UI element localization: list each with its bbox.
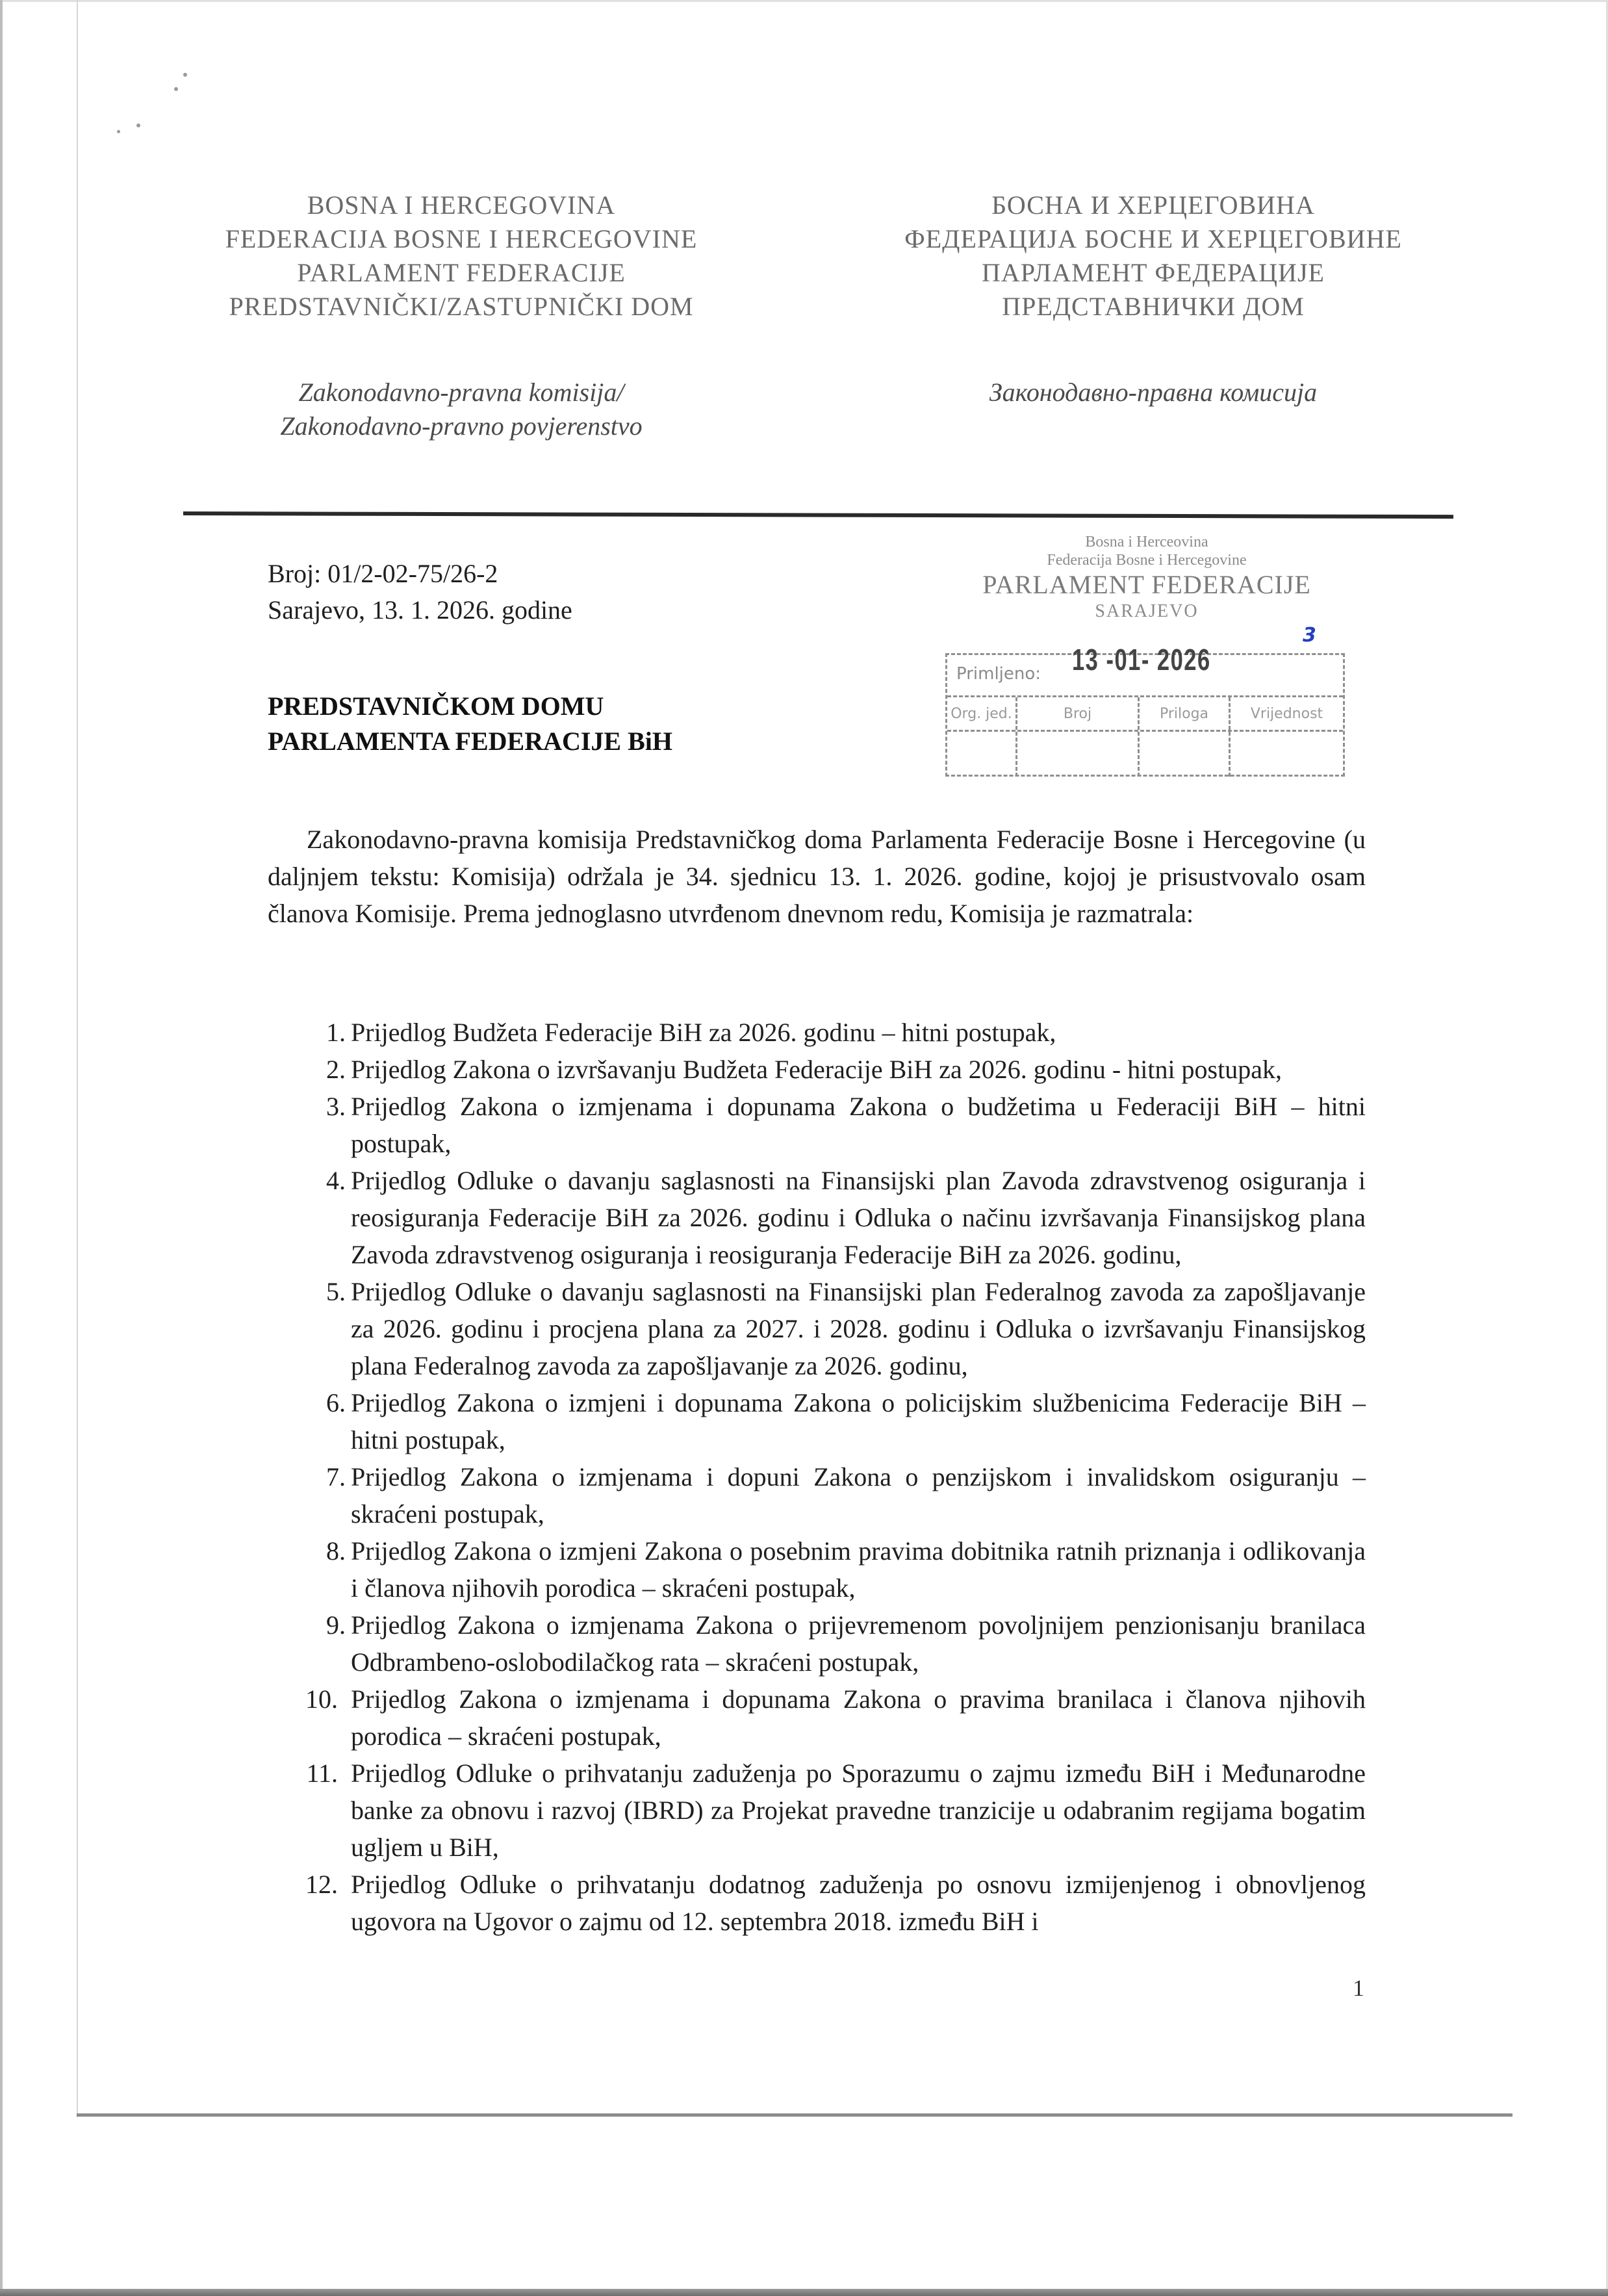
page-border-bottom xyxy=(77,2113,1512,2117)
stamp-title: PARLAMENT FEDERACIJE xyxy=(945,569,1348,600)
header-divider xyxy=(183,511,1453,519)
agenda-item: 2.Prijedlog Zakona o izvršavanju Budžeta… xyxy=(299,1051,1366,1088)
agenda-item: 1.Prijedlog Budžeta Federacije BiH za 20… xyxy=(299,1014,1366,1051)
agenda-item: 7.Prijedlog Zakona o izmjenama i dopuni … xyxy=(299,1458,1366,1532)
agenda-number: 3. xyxy=(299,1088,346,1125)
header-cyrillic-line: ПАРЛАМЕНТ ФЕДЕРАЦИЈЕ xyxy=(864,256,1442,290)
stamp-country: Bosna i Herceovina xyxy=(945,533,1348,551)
agenda-number: 11. xyxy=(291,1755,338,1792)
agenda-item: 12.Prijedlog Odluke o prihvatanju dodatn… xyxy=(299,1866,1366,1940)
stamp-col-value: Vrijednost xyxy=(1231,697,1343,730)
stamp-entity: Federacija Bosne i Hercegovine xyxy=(945,551,1348,569)
agenda-item: 3.Prijedlog Zakona o izmjenama i dopunam… xyxy=(299,1088,1366,1162)
header-cyrillic-line: ФЕДЕРАЦИЈА БОСНЕ И ХЕРЦЕГОВИНЕ xyxy=(864,222,1442,256)
page-border-left xyxy=(77,0,78,2117)
reference-place-date: Sarajevo, 13. 1. 2026. godine xyxy=(268,592,572,628)
agenda-number: 4. xyxy=(299,1162,346,1199)
agenda-text: Prijedlog Zakona o izvršavanju Budžeta F… xyxy=(351,1055,1282,1084)
header-cyrillic-body: Законодавно-правна комисија xyxy=(864,376,1442,409)
stamp-cell-empty xyxy=(947,732,1017,777)
scan-edge-left xyxy=(0,0,3,2296)
speck xyxy=(117,130,120,133)
stamp-cell-empty xyxy=(1140,732,1231,777)
agenda-number: 1. xyxy=(299,1014,346,1051)
agenda-item: 9.Prijedlog Zakona o izmjenama Zakona o … xyxy=(299,1606,1366,1681)
agenda-number: 12. xyxy=(291,1866,338,1903)
agenda-text: Prijedlog Zakona o izmjenama i dopunama … xyxy=(351,1092,1366,1158)
agenda-number: 8. xyxy=(299,1532,346,1569)
scan-edge-top xyxy=(0,0,1608,2)
stamp-empty-row xyxy=(947,732,1343,777)
agenda-item: 4.Prijedlog Odluke o davanju saglasnosti… xyxy=(299,1162,1366,1273)
addressee-line: PARLAMENTA FEDERACIJE BiH xyxy=(268,724,672,759)
stamp-received-label: Primljeno: xyxy=(956,664,1041,684)
agenda-text: Prijedlog Zakona o izmjenama i dopuni Za… xyxy=(351,1462,1366,1529)
agenda-text: Prijedlog Odluke o prihvatanju dodatnog … xyxy=(351,1870,1366,1936)
stamp-col-attachments: Priloga xyxy=(1140,697,1231,730)
agenda-item: 11.Prijedlog Odluke o prihvatanju zaduže… xyxy=(299,1755,1366,1866)
header-latin-body: Zakonodavno-pravno povjerenstvo xyxy=(214,409,708,443)
header-latin-body: Zakonodavno-pravna komisija/ xyxy=(214,376,708,409)
agenda-item: 10.Prijedlog Zakona o izmjenama i dopuna… xyxy=(299,1681,1366,1755)
stamp-cell-empty xyxy=(1017,732,1140,777)
stamp-received-date: 13 -01- 2026 xyxy=(1072,642,1211,677)
intro-paragraph: Zakonodavno-pravna komisija Predstavničk… xyxy=(268,821,1366,932)
agenda-list: 1.Prijedlog Budžeta Federacije BiH za 20… xyxy=(299,1014,1366,1940)
agenda-text: Prijedlog Odluke o davanju saglasnosti n… xyxy=(351,1166,1366,1269)
header-cyrillic-line: ПРЕДСТАВНИЧКИ ДОМ xyxy=(864,290,1442,324)
agenda-text: Prijedlog Odluke o prihvatanju zaduženja… xyxy=(351,1759,1366,1862)
reference-number: Broj: 01/2-02-75/26-2 xyxy=(268,556,572,592)
agenda-number: 7. xyxy=(299,1458,346,1495)
agenda-number: 9. xyxy=(299,1606,346,1644)
speck xyxy=(174,87,178,91)
header-cyrillic: БОСНА И ХЕРЦЕГОВИНА ФЕДЕРАЦИЈА БОСНЕ И Х… xyxy=(864,188,1442,409)
scan-edge-bottom xyxy=(0,2289,1608,2296)
stamp-header-row: Org. jed. Broj Priloga Vrijednost xyxy=(947,697,1343,732)
speck xyxy=(136,123,140,127)
scan-specks xyxy=(123,58,201,136)
page-number: 1 xyxy=(1353,1974,1364,2002)
handwritten-mark: 3 xyxy=(1303,624,1316,647)
header-latin-line: PREDSTAVNIČKI/ZASTUPNIČKI DOM xyxy=(214,290,708,324)
reference-block: Broj: 01/2-02-75/26-2 Sarajevo, 13. 1. 2… xyxy=(268,556,572,628)
agenda-text: Prijedlog Zakona o izmjeni Zakona o pose… xyxy=(351,1536,1366,1603)
agenda-number: 10. xyxy=(291,1681,338,1718)
agenda-text: Prijedlog Zakona o izmjenama Zakona o pr… xyxy=(351,1610,1366,1677)
header-latin: BOSNA I HERCEGOVINA FEDERACIJA BOSNE I H… xyxy=(214,188,708,443)
speck xyxy=(183,73,187,77)
header-latin-line: BOSNA I HERCEGOVINA xyxy=(214,188,708,222)
agenda-text: Prijedlog Odluke o davanju saglasnosti n… xyxy=(351,1277,1366,1380)
addressee-line: PREDSTAVNIČKOM DOMU xyxy=(268,689,672,724)
agenda-item: 5.Prijedlog Odluke o davanju saglasnosti… xyxy=(299,1273,1366,1384)
header-cyrillic-line: БОСНА И ХЕРЦЕГОВИНА xyxy=(864,188,1442,222)
scanned-page: BOSNA I HERCEGOVINA FEDERACIJA BOSNE I H… xyxy=(0,0,1608,2296)
agenda-number: 6. xyxy=(299,1384,346,1421)
stamp-city: SARAJEVO xyxy=(945,600,1348,623)
reception-stamp: Bosna i Herceovina Federacija Bosne i He… xyxy=(945,533,1348,623)
stamp-received-row: Primljeno: 13 -01- 2026 xyxy=(947,655,1343,697)
agenda-text: Prijedlog Zakona o izmjenama i dopunama … xyxy=(351,1684,1366,1751)
header-latin-line: PARLAMENT FEDERACIJE xyxy=(214,256,708,290)
agenda-number: 2. xyxy=(299,1051,346,1088)
agenda-text: Prijedlog Budžeta Federacije BiH za 2026… xyxy=(351,1018,1056,1047)
addressee: PREDSTAVNIČKOM DOMU PARLAMENTA FEDERACIJ… xyxy=(268,689,672,759)
agenda-text: Prijedlog Zakona o izmjeni i dopunama Za… xyxy=(351,1388,1366,1454)
stamp-table: Primljeno: 13 -01- 2026 Org. jed. Broj P… xyxy=(945,653,1345,777)
stamp-col-org: Org. jed. xyxy=(947,697,1017,730)
agenda-item: 8.Prijedlog Zakona o izmjeni Zakona o po… xyxy=(299,1532,1366,1606)
stamp-col-number: Broj xyxy=(1017,697,1140,730)
agenda-item: 6.Prijedlog Zakona o izmjeni i dopunama … xyxy=(299,1384,1366,1458)
header-latin-line: FEDERACIJA BOSNE I HERCEGOVINE xyxy=(214,222,708,256)
agenda-number: 5. xyxy=(299,1273,346,1310)
stamp-cell-empty xyxy=(1231,732,1343,777)
